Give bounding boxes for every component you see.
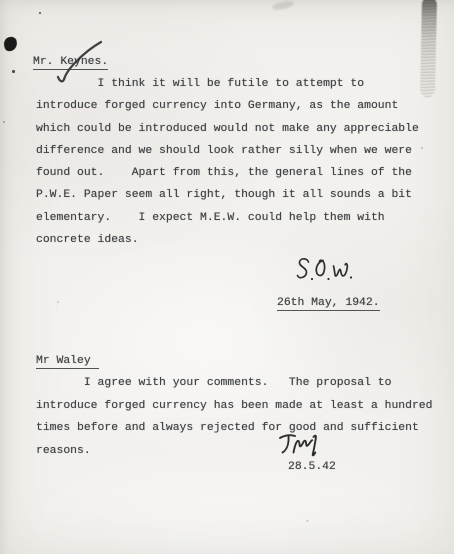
memo-line: concrete ideas. xyxy=(36,229,419,251)
addressee-waley-label: Mr Waley xyxy=(36,355,99,369)
sdw-signature xyxy=(295,255,353,287)
memo-date-2: 28.5.42 xyxy=(288,461,336,474)
ink-speck xyxy=(306,520,309,522)
ink-blob xyxy=(3,36,18,52)
memo-line: introduce forged currency has been made … xyxy=(36,395,432,418)
memo-date-1-label: 26th May, 1942. xyxy=(277,297,380,311)
memo-line: reasons. xyxy=(36,440,432,463)
memo-line: found out. Apart from this, the general … xyxy=(36,162,419,184)
ink-speck xyxy=(421,147,423,149)
memo-line: I think it will be futile to attempt to xyxy=(36,73,419,95)
ink-speck xyxy=(12,70,15,73)
memo-line: difference and we should look rather sil… xyxy=(36,140,419,162)
addressee-waley: Mr Waley xyxy=(36,355,99,368)
ink-speck xyxy=(3,121,5,123)
ink-speck xyxy=(57,301,59,303)
jmk-initials xyxy=(277,432,323,460)
memo-line: which could be introduced would not make… xyxy=(36,118,419,140)
memo-line: times before and always rejected for goo… xyxy=(36,417,432,440)
memo-body-1: I think it will be futile to attempt to … xyxy=(36,73,419,251)
ink-speck xyxy=(39,12,41,14)
binding-smudge xyxy=(420,0,437,97)
scan-smear xyxy=(272,0,295,11)
memo-line: introduce forged currency into Germany, … xyxy=(36,95,419,117)
document-page: Mr. Keynes. I think it will be futile to… xyxy=(0,0,454,554)
memo-line: P.W.E. Paper seem all right, though it a… xyxy=(36,184,419,206)
memo-line: elementary. I expect M.E.W. could help t… xyxy=(36,207,419,229)
memo-date-1: 26th May, 1942. xyxy=(277,297,380,310)
memo-line: I agree with your comments. The proposal… xyxy=(36,372,432,395)
memo-body-2: I agree with your comments. The proposal… xyxy=(36,372,432,462)
